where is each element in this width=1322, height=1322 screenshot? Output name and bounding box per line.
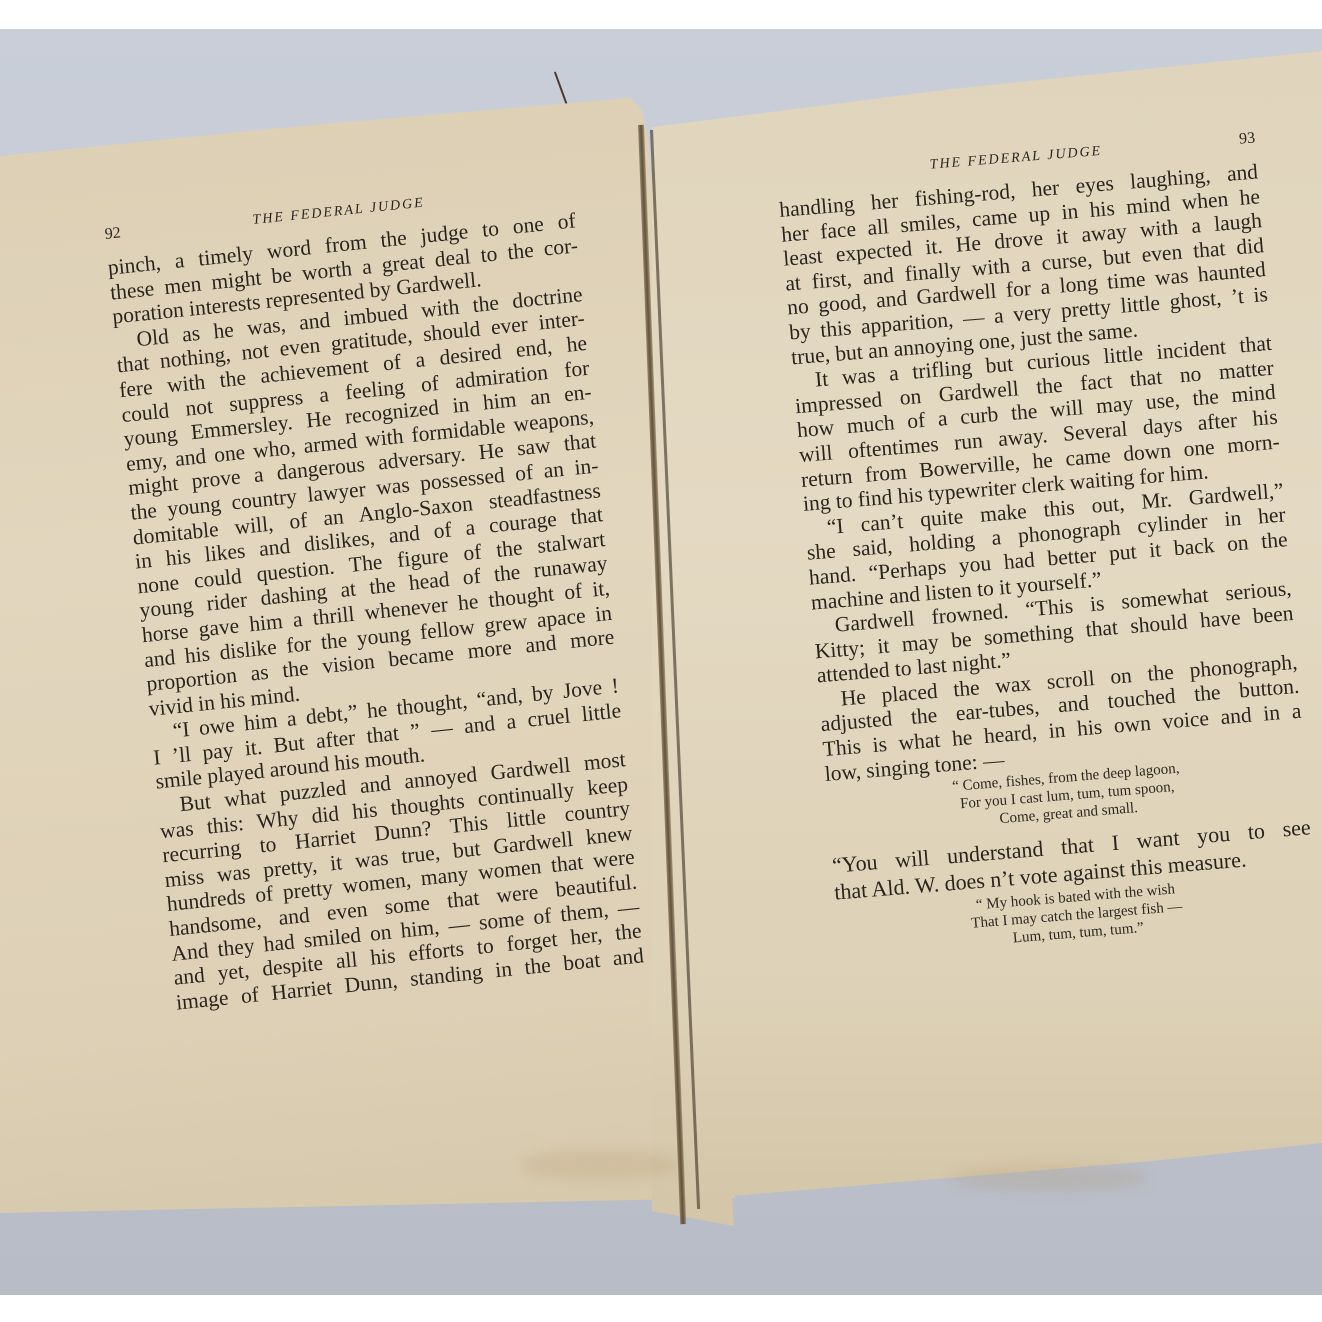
- left-body: pinch, a timely word from the judge to o…: [107, 208, 645, 1015]
- paper-stain: [520, 1150, 680, 1180]
- right-page-text: THE FEDERAL JUDGE 93 handling her fishin…: [776, 130, 1319, 972]
- page-number: 93: [1195, 130, 1256, 153]
- paper-stain: [950, 1165, 1150, 1191]
- left-page-text: 92 THE FEDERAL JUDGE pinch, a timely wor…: [104, 179, 645, 1016]
- image-border: [0, 1295, 1322, 1322]
- right-body: handling her fishing-rod, her eyes laugh…: [778, 159, 1304, 786]
